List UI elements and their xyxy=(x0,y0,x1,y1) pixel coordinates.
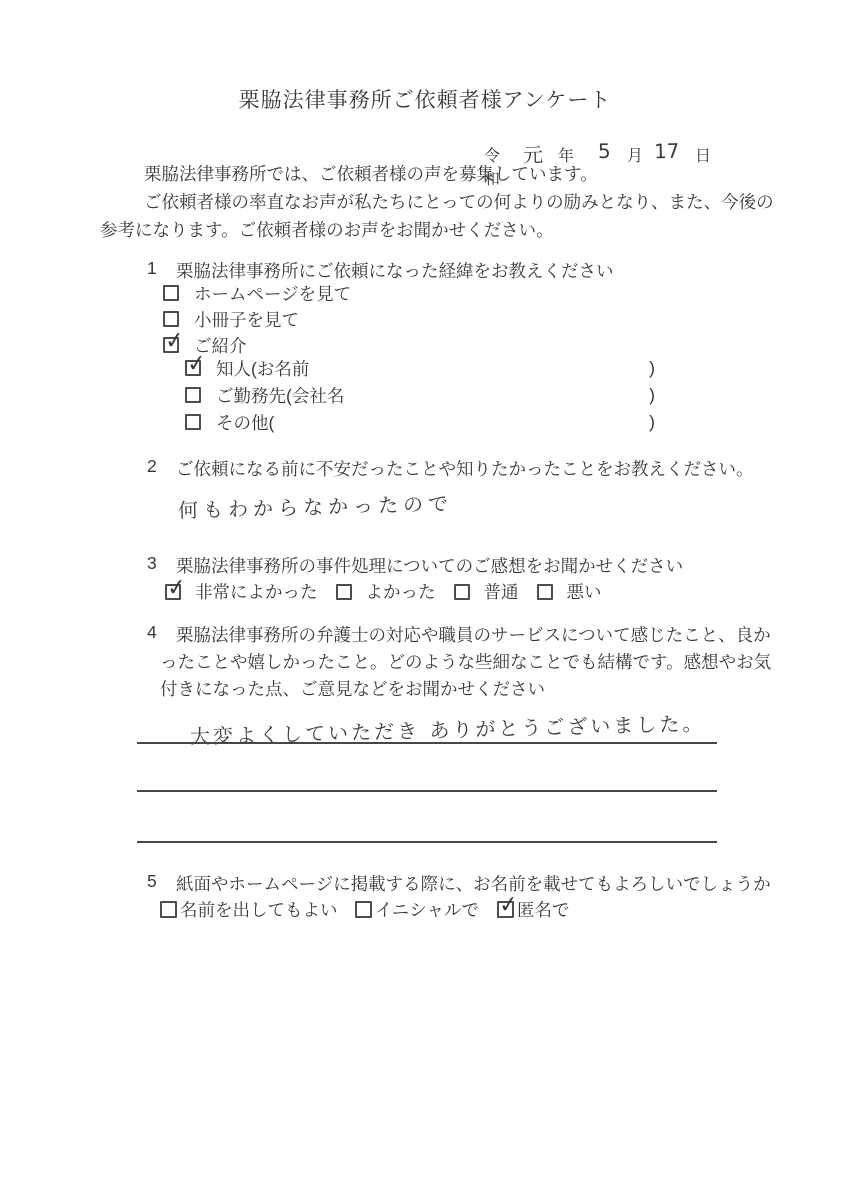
q3-question: 栗脇法律事務所の事件処理についてのご感想をお聞かせください xyxy=(176,553,683,578)
q1-number: 1 xyxy=(147,258,157,279)
option-label: 名前を出してもよい xyxy=(180,897,338,922)
checkbox[interactable]: ✓ xyxy=(497,901,514,918)
checkbox[interactable] xyxy=(185,387,201,403)
q1-option-homepage: ホームページを見て xyxy=(163,283,351,303)
page-title: 栗脇法律事務所ご依頼者様アンケート xyxy=(0,84,850,114)
checkbox[interactable]: ✓ xyxy=(163,337,179,353)
checkbox[interactable] xyxy=(336,584,352,600)
checkbox[interactable] xyxy=(163,285,179,301)
closing-paren: ) xyxy=(649,385,655,406)
q5-question: 紙面やホームページに掲載する際に、お名前を載せてもよろしいでしょうか xyxy=(176,871,771,896)
option-label: 普通 xyxy=(484,579,519,604)
checkbox[interactable] xyxy=(454,584,470,600)
option-label: イニシャルで xyxy=(375,897,479,922)
q2-handwritten-answer[interactable]: 何もわからなかったので xyxy=(178,487,454,523)
intro-paragraphs: 栗脇法律事務所では、ご依頼者様の声を募集しています。 ご依頼者様の率直なお声が私… xyxy=(100,160,778,244)
answer-line[interactable] xyxy=(137,841,717,843)
answer-line[interactable] xyxy=(137,790,717,792)
q1-option-booklet: 小冊子を見て xyxy=(163,309,299,329)
q1-suboption-workplace: ご勤務先(会社名 ) xyxy=(185,385,655,405)
option-label: ホームページを見て xyxy=(194,281,351,306)
q5-option-real-name: 名前を出してもよい xyxy=(160,897,338,922)
q4-number: 4 xyxy=(147,622,157,643)
intro-paragraph-2: ご依頼者様の率直なお声が私たちにとっての何よりの励みとなり、また、今後の参考にな… xyxy=(100,188,778,244)
checkbox[interactable]: ✓ xyxy=(165,584,181,600)
checkbox[interactable] xyxy=(160,901,177,918)
q5-option-anonymous: ✓ 匿名で xyxy=(497,897,570,922)
q3-number: 3 xyxy=(147,553,157,574)
answer-line[interactable] xyxy=(137,742,717,744)
checkbox[interactable] xyxy=(355,901,372,918)
q3-options: ✓ 非常によかった よかった 普通 悪い xyxy=(165,579,602,604)
checkmark: ✓ xyxy=(166,576,188,601)
option-label: 匿名で xyxy=(517,897,570,922)
q1-question: 栗脇法律事務所にご依頼になった経緯をお教えください xyxy=(176,258,614,283)
checkbox[interactable] xyxy=(185,414,201,430)
option-label: よかった xyxy=(366,579,436,604)
option-label: 知人(お名前 xyxy=(216,356,309,381)
q5-number: 5 xyxy=(147,871,157,892)
checkbox[interactable] xyxy=(163,311,179,327)
checkmark: ✓ xyxy=(186,352,208,377)
checkmark: ✓ xyxy=(498,893,520,918)
checkmark: ✓ xyxy=(164,329,186,354)
intro-paragraph-1: 栗脇法律事務所では、ご依頼者様の声を募集しています。 xyxy=(100,160,778,188)
option-label: 小冊子を見て xyxy=(194,307,299,332)
q1-suboption-other: その他( ) xyxy=(185,412,655,432)
q2-question: ご依頼になる前に不安だったことや知りたかったことをお教えください。 xyxy=(176,456,754,481)
q1-suboption-acquaintance: ✓ 知人(お名前 ) xyxy=(185,358,655,378)
closing-paren: ) xyxy=(649,358,655,379)
q4-block: 4 栗脇法律事務所の弁護士の対応や職員のサービスについて感じたこと、良かったこと… xyxy=(147,622,787,703)
closing-paren: ) xyxy=(649,412,655,433)
option-label: 非常によかった xyxy=(195,579,318,604)
option-label: ご勤務先(会社名 xyxy=(216,383,344,408)
q5-option-initials: イニシャルで xyxy=(355,897,479,922)
checkbox[interactable]: ✓ xyxy=(185,360,201,376)
survey-page: 栗脇法律事務所ご依頼者様アンケート 令和 元 年 5 月 17 日 栗脇法律事務… xyxy=(0,0,850,1202)
q2-number: 2 xyxy=(147,456,157,477)
option-label: その他( xyxy=(216,410,274,435)
option-label: 悪い xyxy=(567,579,602,604)
q4-question: 栗脇法律事務所の弁護士の対応や職員のサービスについて感じたこと、良かったことや嬉… xyxy=(160,622,787,703)
checkbox[interactable] xyxy=(537,584,553,600)
